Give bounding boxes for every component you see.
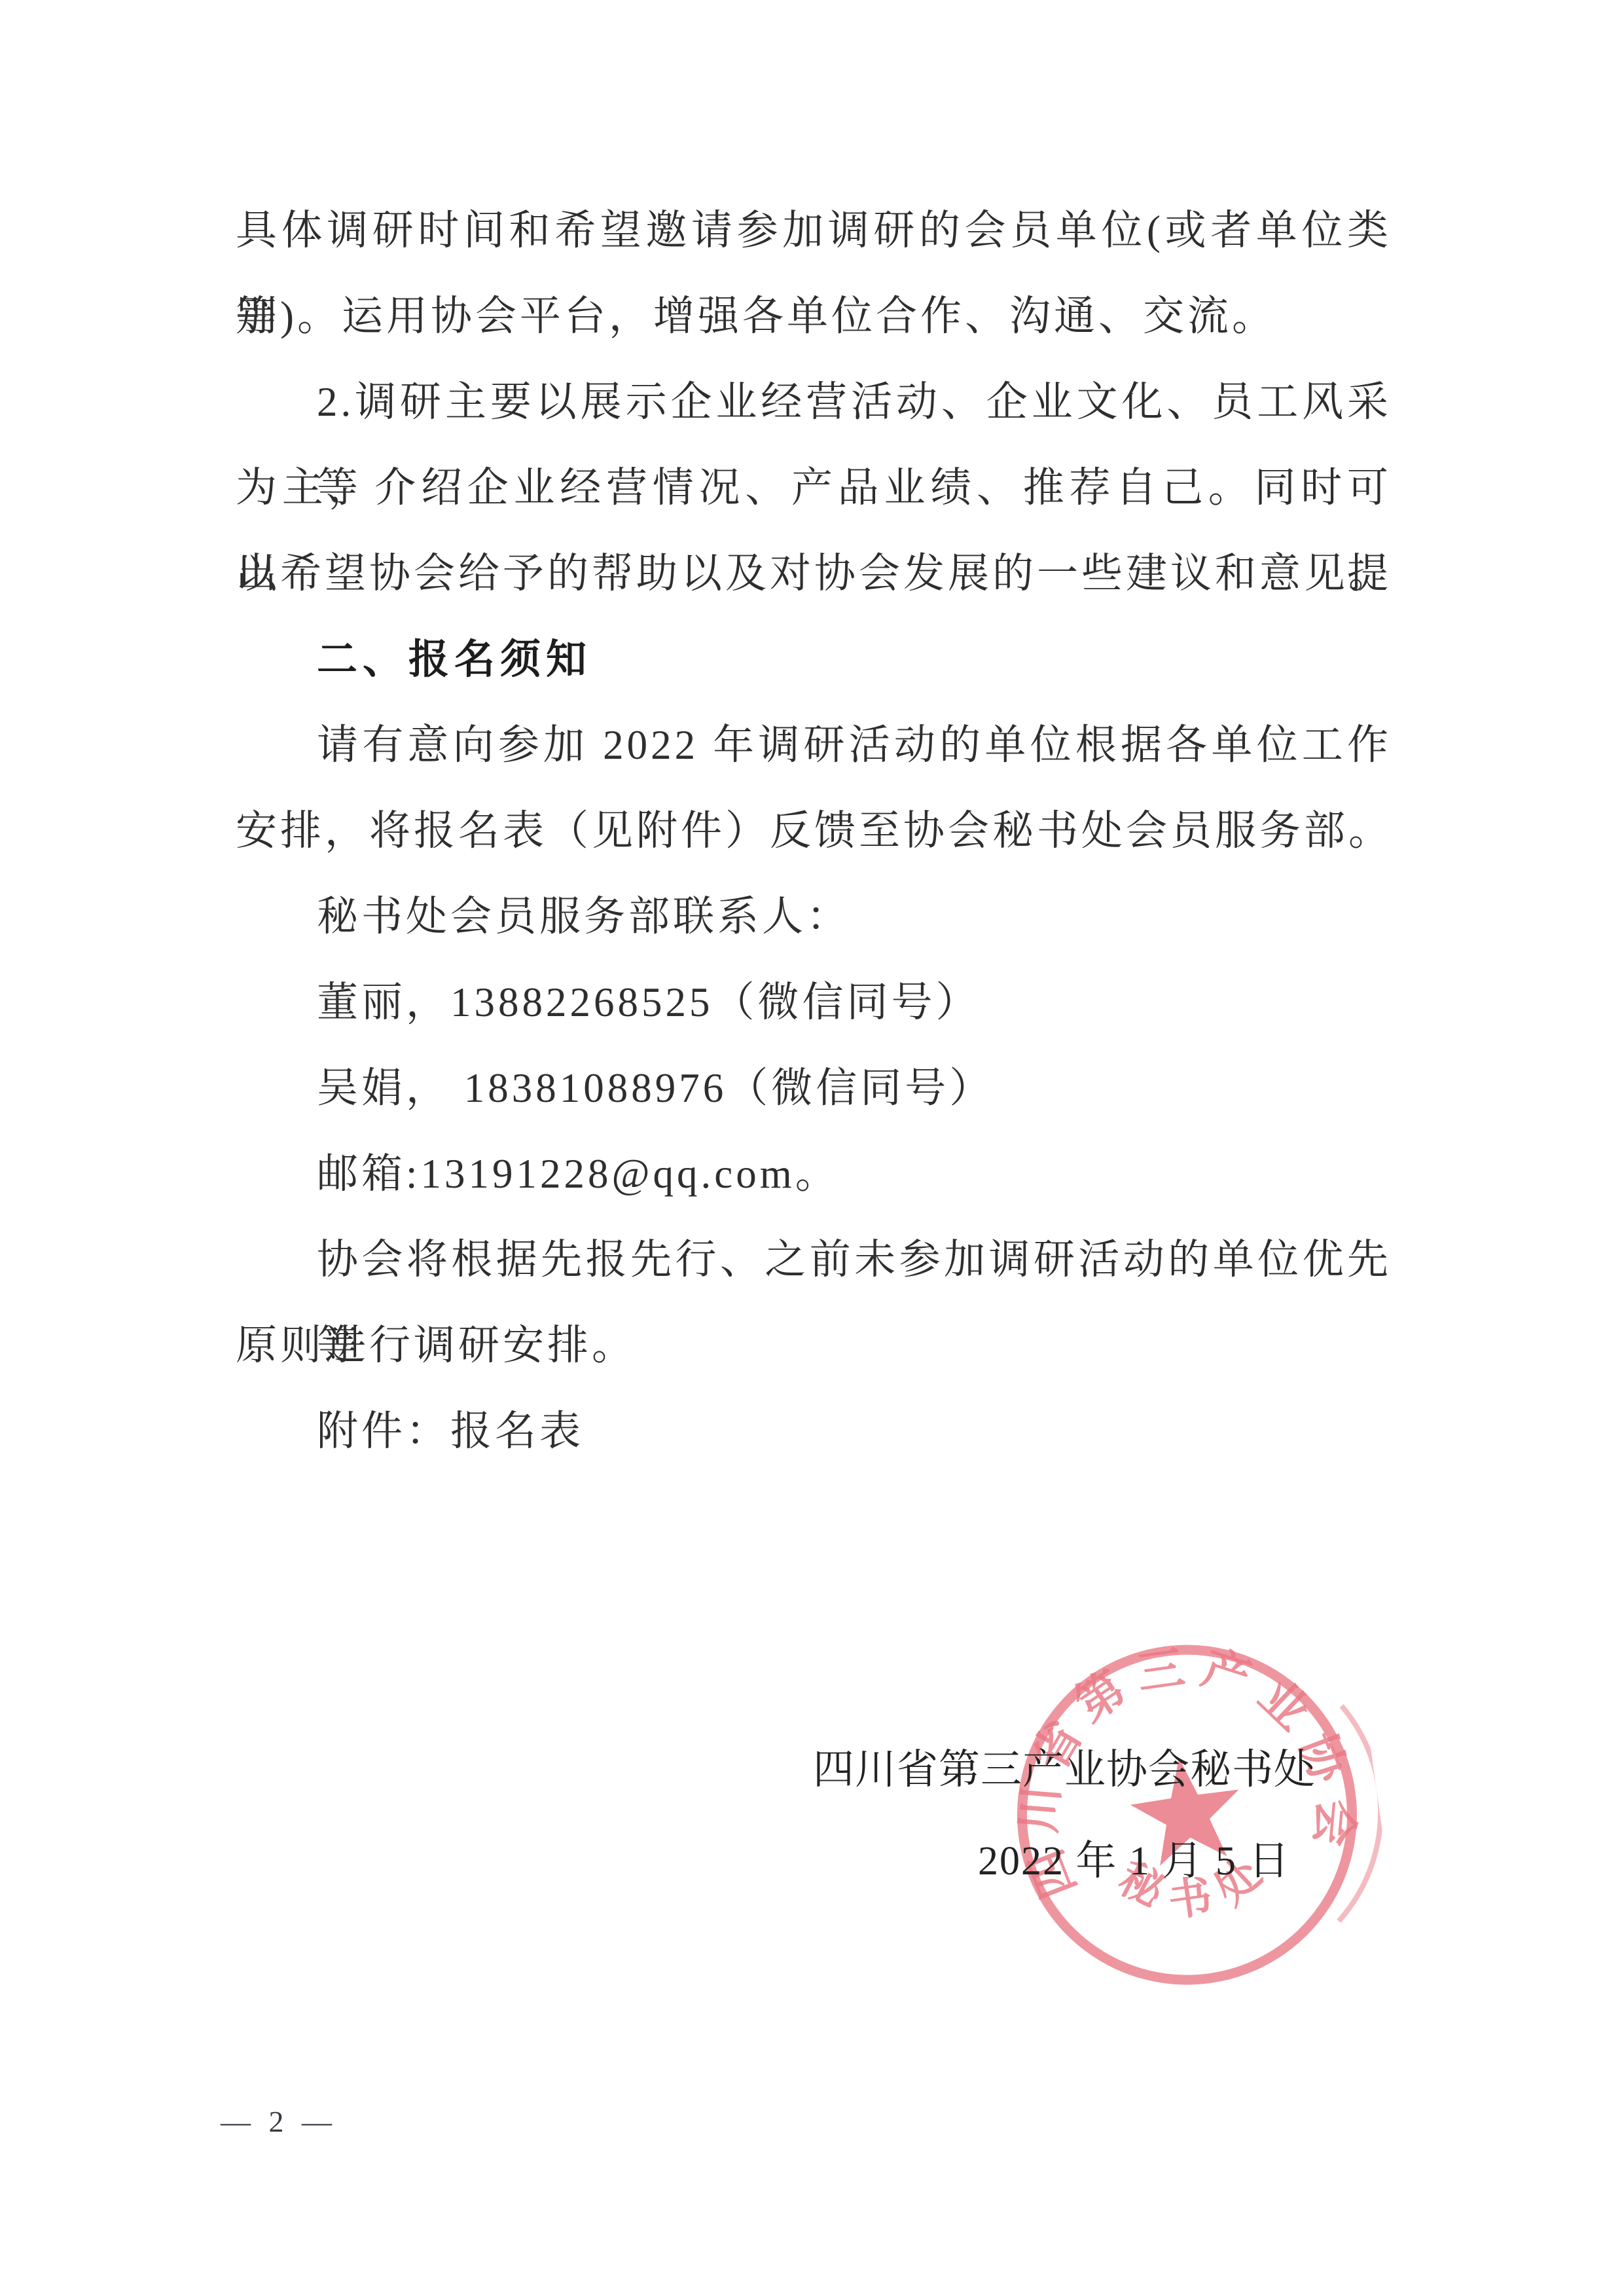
body-text-line: 2.调研主要以展示企业经营活动、企业文化、员工风采等 [236, 359, 1392, 445]
body-text-line: 为主，介绍企业经营情况、产品业绩、推荐自己。同时可以提 [236, 445, 1392, 531]
body-text-line: 请有意向参加 2022 年调研活动的单位根据各单位工作 [236, 702, 1392, 788]
document-body: 具体调研时间和希望邀请参加调研的会员单位(或者单位类别等)。运用协会平台，增强各… [236, 188, 1392, 1474]
body-text-line: 原则进行调研安排。 [236, 1303, 1392, 1389]
body-text-line: 附件：报名表 [236, 1389, 1392, 1474]
official-stamp-seal: 四川省第三产业协会 秘书处 [988, 1612, 1402, 2026]
body-text-line: 邮箱:13191228@qq.com。 [236, 1131, 1392, 1217]
body-text-line: 吴娟， 18381088976（微信同号） [236, 1046, 1392, 1131]
page-number: — 2 — [221, 2107, 337, 2137]
body-text-line: 安排，将报名表（见附件）反馈至协会秘书处会员服务部。 [236, 788, 1392, 874]
document-page: 具体调研时间和希望邀请参加调研的会员单位(或者单位类别等)。运用协会平台，增强各… [0, 0, 1622, 2296]
body-text-line: 出希望协会给予的帮助以及对协会发展的一些建议和意见。 [236, 531, 1392, 617]
signature-date: 2022 年 1 月 5 日 [978, 1841, 1291, 1882]
signature-org: 四川省第三产业协会秘书处 [813, 1749, 1316, 1791]
section-heading: 二、报名须知 [236, 617, 1392, 702]
body-text-line: 秘书处会员服务部联系人： [236, 874, 1392, 960]
body-text-line: 协会将根据先报先行、之前未参加调研活动的单位优先等 [236, 1217, 1392, 1303]
body-text-line: 董丽，13882268525（微信同号） [236, 960, 1392, 1046]
body-text-line: 具体调研时间和希望邀请参加调研的会员单位(或者单位类别 [236, 188, 1392, 274]
body-text-line: 等)。运用协会平台，增强各单位合作、沟通、交流。 [236, 274, 1392, 359]
